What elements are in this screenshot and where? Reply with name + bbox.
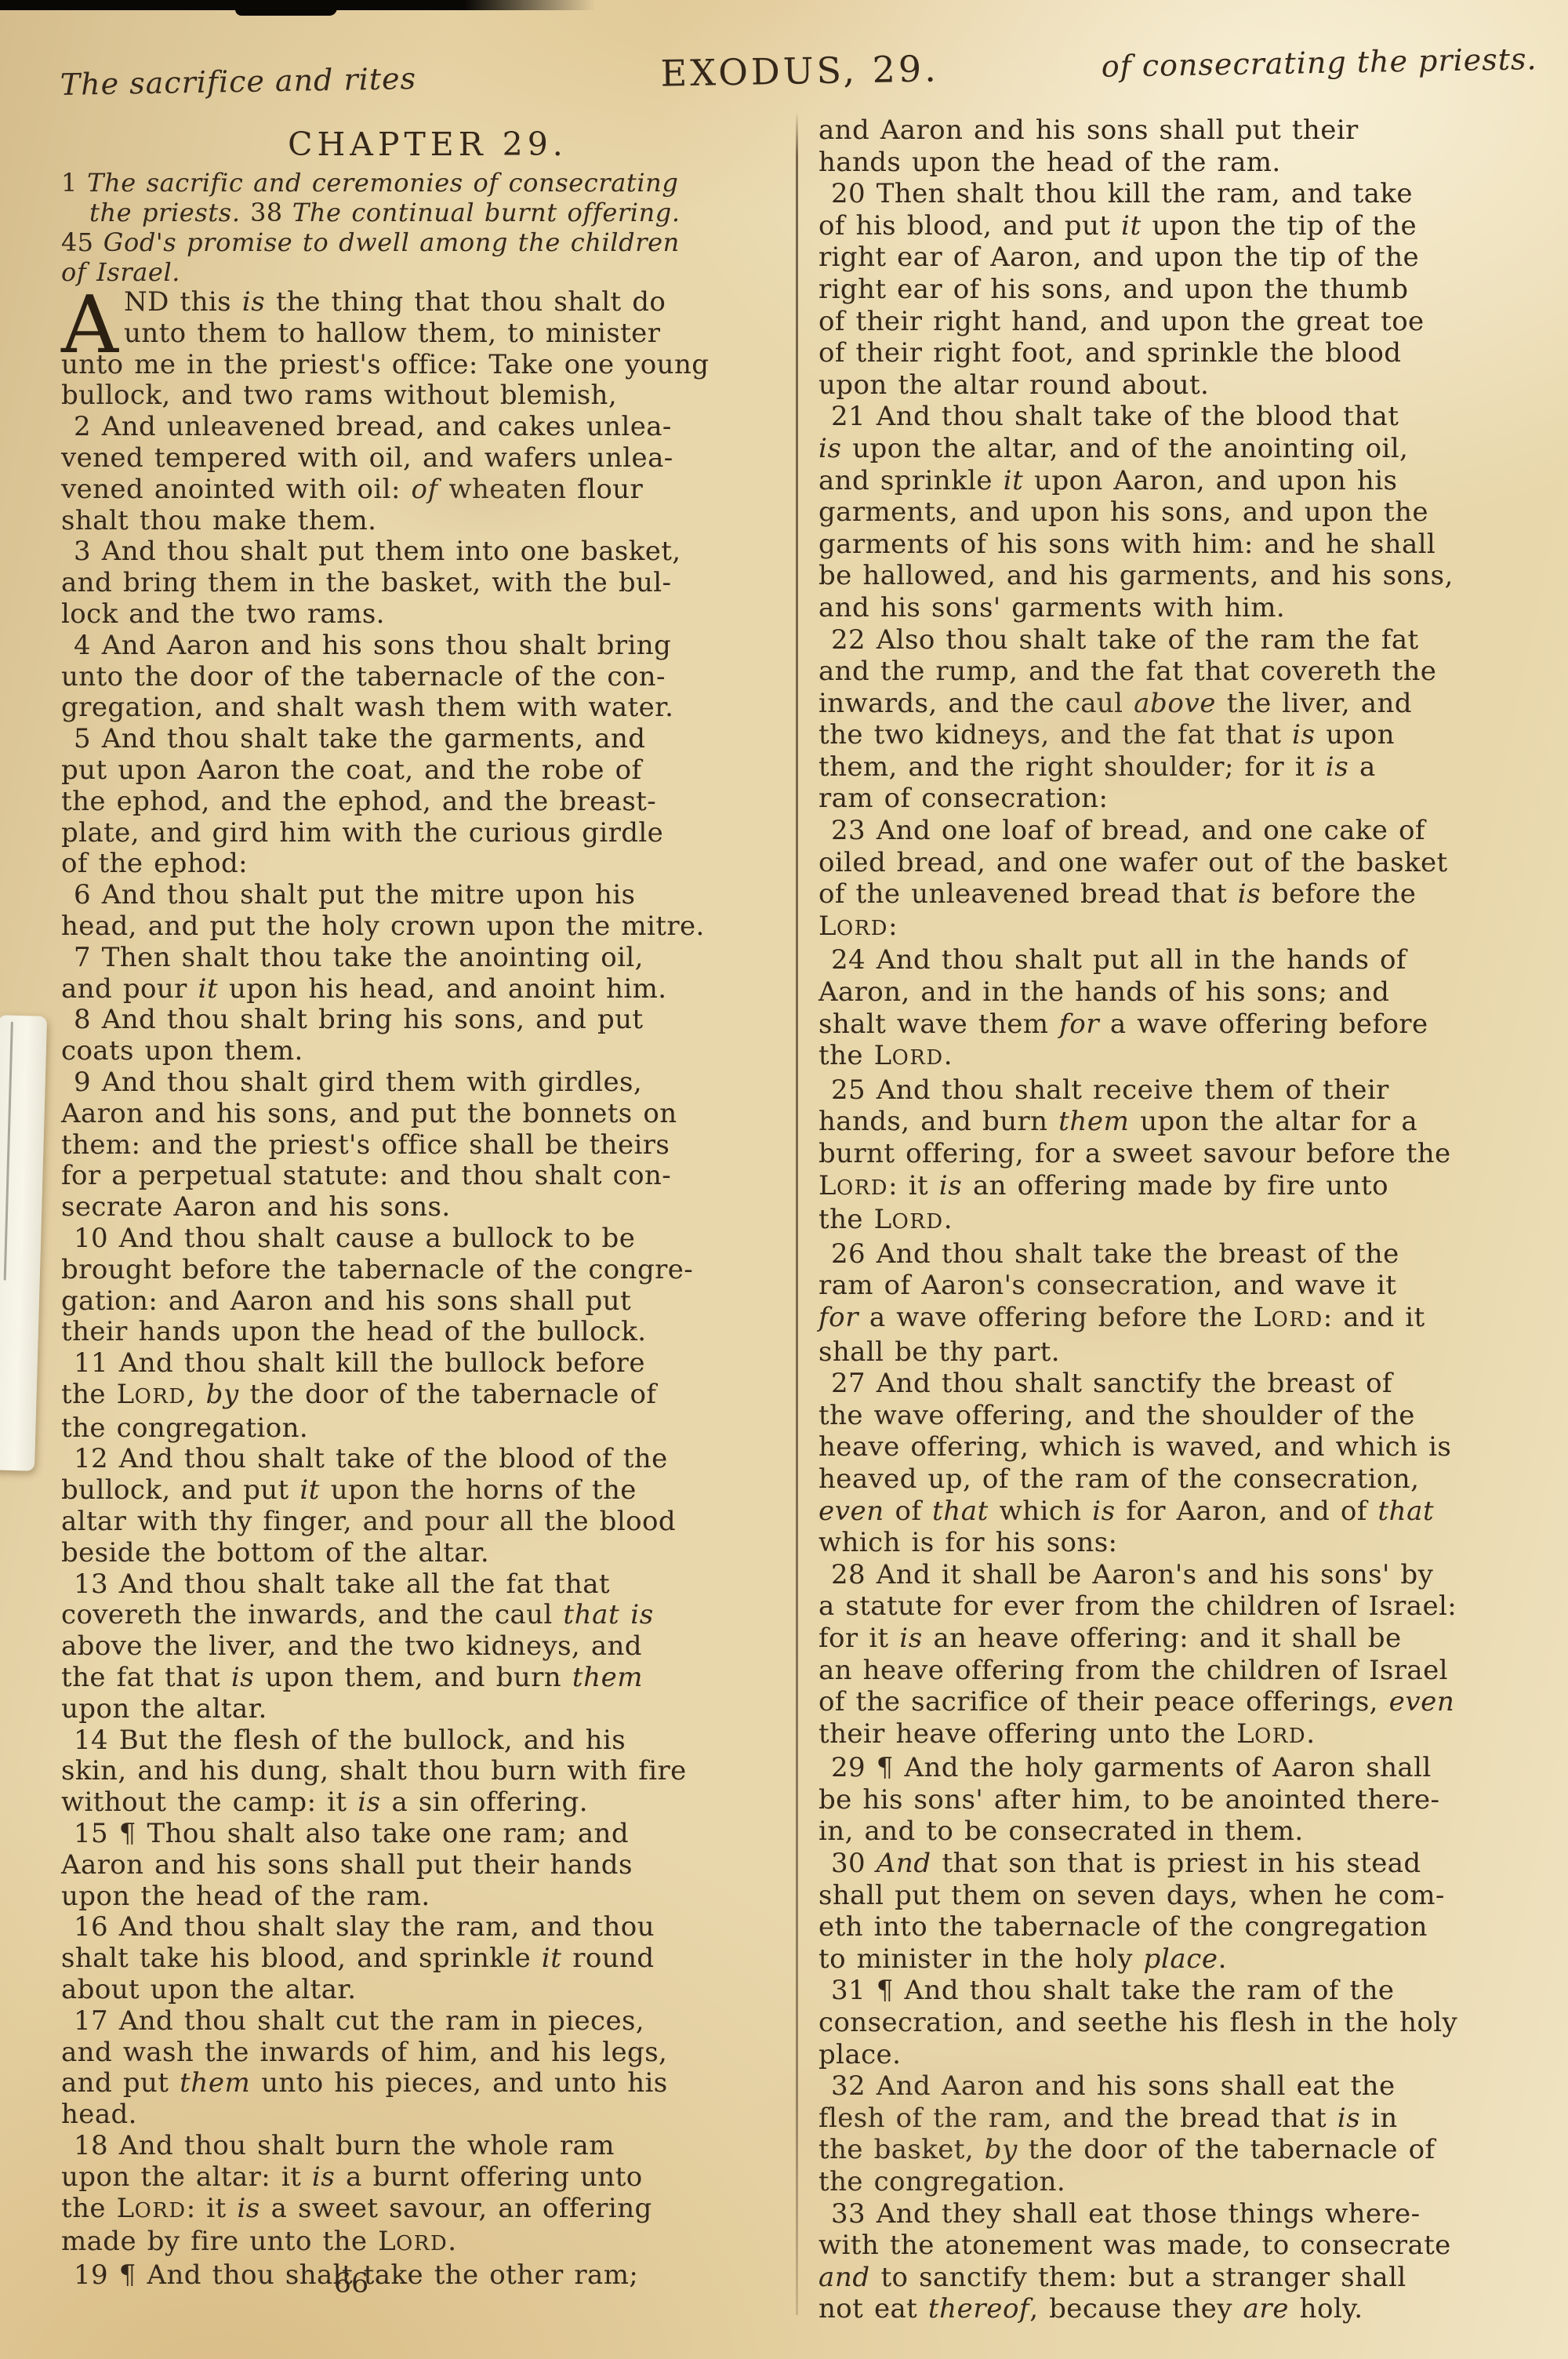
text-line: of the ephod: xyxy=(61,849,794,880)
bookmark-strip xyxy=(0,1015,47,1471)
text-line: skin, and his dung, shalt thou burn with… xyxy=(61,1756,794,1787)
right-column: and Aaron and his sons shall put theirha… xyxy=(818,0,1548,2359)
text-line: Aaron and his sons shall put their hands xyxy=(61,1850,794,1881)
text-line: and his sons' garments with him. xyxy=(818,592,1548,624)
text-line: 14 But the flesh of the bullock, and his xyxy=(61,1725,794,1757)
text-line: heaved up, of the ram of the consecratio… xyxy=(818,1463,1548,1496)
text-line: 30 And that son that is priest in his st… xyxy=(818,1848,1548,1880)
text-line: garments, and upon his sons, and upon th… xyxy=(818,496,1548,529)
text-line: covereth the inwards, and the caul that … xyxy=(61,1600,794,1631)
text-line: and to sanctify them: but a stranger sha… xyxy=(818,2262,1548,2294)
text-line: 9 And thou shalt gird them with girdles, xyxy=(61,1067,794,1099)
text-line: the congregation. xyxy=(61,1413,794,1445)
text-line: 29 ¶ And the holy garments of Aaron shal… xyxy=(818,1752,1548,1784)
text-line: eth into the tabernacle of the congregat… xyxy=(818,1911,1548,1943)
text-line: shall put them on seven days, when he co… xyxy=(818,1880,1548,1912)
text-line: the LORD. xyxy=(818,1040,1548,1074)
text-line: made by fire unto the LORD. xyxy=(61,2226,794,2260)
text-line: 21 And thou shalt take of the blood that xyxy=(818,401,1548,433)
text-line: right ear of his sons, and upon the thum… xyxy=(818,274,1548,306)
text-line: about upon the altar. xyxy=(61,1975,794,2006)
text-line: upon the head of the ram. xyxy=(61,1881,794,1913)
text-line: 2 And unleavened bread, and cakes unlea- xyxy=(61,412,794,443)
text-line: bullock, and put it upon the horns of th… xyxy=(61,1475,794,1507)
text-line: be hallowed, and his garments, and his s… xyxy=(818,560,1548,592)
text-line: the congregation. xyxy=(818,2166,1548,2198)
text-line: 7 Then shalt thou take the anointing oil… xyxy=(61,943,794,974)
text-line: and the rump, and the fat that covereth … xyxy=(818,656,1548,688)
text-line: even of that which is for Aaron, and of … xyxy=(818,1496,1548,1528)
text-line: 22 Also thou shalt take of the ram the f… xyxy=(818,624,1548,656)
text-line: in, and to be consecrated in them. xyxy=(818,1816,1548,1848)
text-line: heave offering, which is waved, and whic… xyxy=(818,1431,1548,1463)
text-line: for a wave offering before the LORD: and… xyxy=(818,1302,1548,1336)
summary-line: 45 God's promise to dwell among the chil… xyxy=(61,227,794,257)
text-line: which is for his sons: xyxy=(818,1527,1548,1559)
text-line: not eat thereof, because they are holy. xyxy=(818,2293,1548,2325)
text-line: is upon the altar, and of the anointing … xyxy=(818,433,1548,465)
text-line: 16 And thou shalt slay the ram, and thou xyxy=(61,1912,794,1943)
text-line: the ephod, and the ephod, and the breast… xyxy=(61,787,794,818)
text-line: 24 And thou shalt put all in the hands o… xyxy=(818,944,1548,976)
text-line: 4 And Aaron and his sons thou shalt brin… xyxy=(61,631,794,662)
text-line: oiled bread, and one wafer out of the ba… xyxy=(818,847,1548,879)
text-line: and wash the inwards of him, and his leg… xyxy=(61,2037,794,2069)
text-line: the basket, by the door of the tabernacl… xyxy=(818,2134,1548,2166)
text-line: shall be thy part. xyxy=(818,1336,1548,1369)
text-line: shalt take his blood, and sprinkle it ro… xyxy=(61,1943,794,1975)
text-line: LORD: it is an offering made by fire unt… xyxy=(818,1170,1548,1205)
text-line: shalt wave them for a wave offering befo… xyxy=(818,1009,1548,1041)
text-line: inwards, and the caul above the liver, a… xyxy=(818,688,1548,720)
text-line: upon the altar round about. xyxy=(818,369,1548,402)
text-line: Aaron, and in the hands of his sons; and xyxy=(818,976,1548,1009)
text-line: for it is an heave offering: and it shal… xyxy=(818,1623,1548,1655)
text-line: their hands upon the head of the bullock… xyxy=(61,1317,794,1348)
text-line: the two kidneys, and the fat that is upo… xyxy=(818,719,1548,751)
text-line: head, and put the holy crown upon the mi… xyxy=(61,911,794,943)
text-line: beside the bottom of the altar. xyxy=(61,1538,794,1569)
text-line: flesh of the ram, and the bread that is … xyxy=(818,2103,1548,2135)
text-line: 5 And thou shalt take the garments, and xyxy=(61,724,794,755)
text-line: upon the altar. xyxy=(61,1694,794,1725)
text-line: put upon Aaron the coat, and the robe of xyxy=(61,755,794,787)
text-line: of the sacrifice of their peace offering… xyxy=(818,1686,1548,1718)
text-line: of their right hand, and upon the great … xyxy=(818,306,1548,338)
text-line: coats upon them. xyxy=(61,1036,794,1067)
text-line: hands upon the head of the ram. xyxy=(818,147,1548,179)
text-line: of his blood, and put it upon the tip of… xyxy=(818,210,1548,242)
text-line: above the liver, and the two kidneys, an… xyxy=(61,1631,794,1663)
text-line: 27 And thou shalt sanctify the breast of xyxy=(818,1368,1548,1400)
text-line: gregation, and shalt wash them with wate… xyxy=(61,692,794,724)
summary-line: of Israel. xyxy=(61,257,794,287)
text-line: a statute for ever from the children of … xyxy=(818,1590,1548,1623)
column-divider xyxy=(796,111,798,2315)
text-line: 12 And thou shalt take of the blood of t… xyxy=(61,1444,794,1475)
text-line: burnt offering, for a sweet savour befor… xyxy=(818,1138,1548,1170)
text-line: 10 And thou shalt cause a bullock to be xyxy=(61,1223,794,1255)
text-line: 25 And thou shalt receive them of their xyxy=(818,1074,1548,1107)
text-line: vened tempered with oil, and wafers unle… xyxy=(61,443,794,474)
text-line: an heave offering from the children of I… xyxy=(818,1655,1548,1687)
text-line: be his sons' after him, to be anointed t… xyxy=(818,1784,1548,1816)
left-column-text: ND this is the thing that thou shalt dou… xyxy=(61,287,794,2292)
text-line: the wave offering, and the shoulder of t… xyxy=(818,1400,1548,1432)
text-line: plate, and gird him with the curious gir… xyxy=(61,818,794,849)
text-line: 23 And one loaf of bread, and one cake o… xyxy=(818,815,1548,847)
text-line: unto me in the priest's office: Take one… xyxy=(61,350,794,381)
text-line: of the unleavened bread that is before t… xyxy=(818,878,1548,911)
text-line: 6 And thou shalt put the mitre upon his xyxy=(61,880,794,911)
text-line: hands, and burn them upon the altar for … xyxy=(818,1106,1548,1138)
text-line: altar with thy finger, and pour all the … xyxy=(61,1507,794,1538)
text-line: right ear of Aaron, and upon the tip of … xyxy=(818,242,1548,274)
text-line: 13 And thou shalt take all the fat that xyxy=(61,1569,794,1601)
text-line: 31 ¶ And thou shalt take the ram of the xyxy=(818,1975,1548,2007)
text-line: them: and the priest's office shall be t… xyxy=(61,1130,794,1161)
left-column: CHAPTER 29. 1 The sacrific and ceremonie… xyxy=(61,0,794,2359)
text-line: 11 And thou shalt kill the bullock befor… xyxy=(61,1348,794,1379)
text-line: place. xyxy=(818,2039,1548,2071)
text-line: with the atonement was made, to consecra… xyxy=(818,2230,1548,2262)
summary-line: 1 The sacrific and ceremonies of consecr… xyxy=(61,168,794,198)
text-line: LORD: xyxy=(818,911,1548,945)
text-line: ram of consecration: xyxy=(818,783,1548,815)
text-line: 17 And thou shalt cut the ram in pieces, xyxy=(61,2006,794,2037)
summary-line: the priests. 38 The continual burnt offe… xyxy=(61,198,794,227)
text-line: for a perpetual statute: and thou shalt … xyxy=(61,1161,794,1192)
text-line: the LORD: it is a sweet savour, an offer… xyxy=(61,2194,794,2227)
text-line: lock and the two rams. xyxy=(61,599,794,631)
text-line: 19 ¶ And thou shalt take the other ram; xyxy=(61,2260,794,2292)
text-line: unto the door of the tabernacle of the c… xyxy=(61,662,794,693)
bible-page: The sacrifice and rites EXODUS, 29. of c… xyxy=(0,0,1568,2359)
text-line: the LORD, by the door of the tabernacle … xyxy=(61,1379,794,1413)
text-line: gation: and Aaron and his sons shall put xyxy=(61,1286,794,1318)
text-line: the fat that is upon them, and burn them xyxy=(61,1663,794,1694)
text-line: shalt thou make them. xyxy=(61,506,794,537)
text-line: the LORD. xyxy=(818,1204,1548,1238)
page-number: 66 xyxy=(316,2268,387,2299)
text-line: their heave offering unto the LORD. xyxy=(818,1718,1548,1753)
right-column-text: and Aaron and his sons shall put theirha… xyxy=(818,114,1548,2325)
text-line: ram of Aaron's consecration, and wave it xyxy=(818,1270,1548,1302)
text-line: 26 And thou shalt take the breast of the xyxy=(818,1238,1548,1270)
text-line: and pour it upon his head, and anoint hi… xyxy=(61,974,794,1005)
chapter-summary: 1 The sacrific and ceremonies of consecr… xyxy=(61,168,794,287)
chapter-heading: CHAPTER 29. xyxy=(61,125,794,163)
text-line: ND this is the thing that thou shalt do xyxy=(61,287,794,318)
text-line: head. xyxy=(61,2099,794,2131)
text-line: 3 And thou shalt put them into one baske… xyxy=(61,536,794,568)
text-line: 8 And thou shalt bring his sons, and put xyxy=(61,1005,794,1036)
text-line: vened anointed with oil: of wheaten flou… xyxy=(61,474,794,506)
text-line: of their right foot, and sprinkle the bl… xyxy=(818,337,1548,369)
text-line: 28 And it shall be Aaron's and his sons'… xyxy=(818,1559,1548,1591)
text-line: without the camp: it is a sin offering. xyxy=(61,1787,794,1819)
text-line: garments of his sons with him: and he sh… xyxy=(818,529,1548,561)
text-line: upon the altar: it is a burnt offering u… xyxy=(61,2162,794,2194)
text-line: and bring them in the basket, with the b… xyxy=(61,568,794,599)
text-line: bullock, and two rams without blemish, xyxy=(61,380,794,412)
text-line: them, and the right shoulder; for it is … xyxy=(818,751,1548,783)
text-line: 15 ¶ Thou shalt also take one ram; and xyxy=(61,1819,794,1850)
text-line: 18 And thou shalt burn the whole ram xyxy=(61,2131,794,2162)
text-line: consecration, and seethe his flesh in th… xyxy=(818,2007,1548,2039)
text-line: Aaron and his sons, and put the bonnets … xyxy=(61,1099,794,1130)
text-line: unto them to hallow them, to minister xyxy=(61,318,794,350)
text-line: and sprinkle it upon Aaron, and upon his xyxy=(818,465,1548,497)
text-line: 20 Then shalt thou kill the ram, and tak… xyxy=(818,178,1548,210)
text-line: 33 And they shall eat those things where… xyxy=(818,2198,1548,2230)
text-line: to minister in the holy place. xyxy=(818,1943,1548,1976)
text-line: and put them unto his pieces, and unto h… xyxy=(61,2068,794,2099)
text-line: brought before the tabernacle of the con… xyxy=(61,1255,794,1286)
text-line: 32 And Aaron and his sons shall eat the xyxy=(818,2070,1548,2103)
text-line: secrate Aaron and his sons. xyxy=(61,1192,794,1223)
text-line: and Aaron and his sons shall put their xyxy=(818,114,1548,147)
